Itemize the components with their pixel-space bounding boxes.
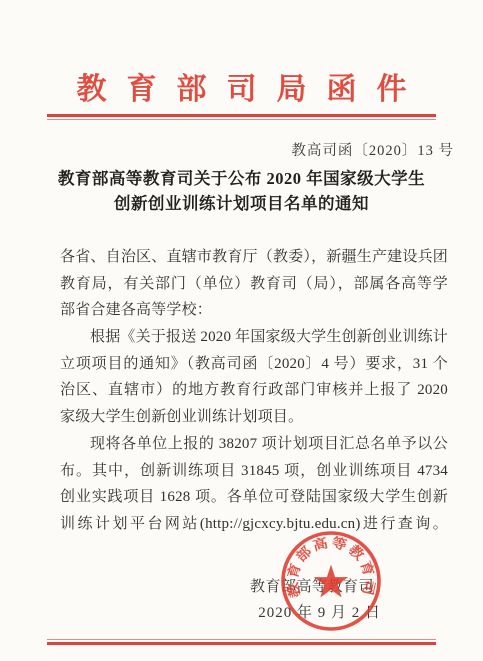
notice-body: 各省、自治区、直辖市教育厅（教委），新疆生产建设兵团 教育局，有关部门（单位）教… — [60, 244, 448, 538]
body-line: 教育局，有关部门（单位）教育司（局），部属各高等学校， — [60, 271, 448, 298]
seal-star-icon — [314, 565, 349, 598]
letterhead-rule — [47, 114, 436, 120]
body-line: 家级大学生创新创业训练计划项目。 — [60, 404, 448, 431]
body-line: 部省合建各高等学校： — [60, 297, 448, 324]
body-line: 治区、直辖市）的地方教育行政部门审核并上报了 2020 年国 — [60, 377, 448, 404]
body-line: 现将各单位上报的 38207 项计划项目汇总名单予以公 — [60, 431, 448, 458]
document-page: 教育部司局函件 教高司函〔2020〕13 号 教育部高等教育司关于公布 2020… — [0, 0, 483, 661]
notice-title-line2: 创新创业训练计划项目名单的通知 — [0, 192, 483, 217]
document-number: 教高司函〔2020〕13 号 — [291, 139, 454, 160]
rule-thin — [47, 119, 436, 120]
body-line: 布。其中，创新训练项目 31845 项，创业训练项目 4734 项， — [60, 458, 448, 485]
official-seal: 教育部高等教育司 — [279, 529, 383, 633]
notice-title-line1: 教育部高等教育司关于公布 2020 年国家级大学生 — [0, 167, 483, 192]
body-line: 创业实践项目 1628 项。各单位可登陆国家级大学生创新创业 — [60, 484, 448, 511]
body-line: 立项项目的通知》（教高司函〔2020〕4 号）要求，31 个省（自 — [60, 351, 448, 378]
body-line: 根据《关于报送 2020 年国家级大学生创新创业训练计划 — [60, 324, 448, 351]
body-line: 各省、自治区、直辖市教育厅（教委），新疆生产建设兵团 — [60, 244, 448, 271]
footer-rule — [47, 639, 436, 645]
body-line: 训练计划平台网站(http://gjcxcy.bjtu.edu.cn)进行查询。 — [60, 511, 448, 538]
letterhead-title: 教育部司局函件 — [0, 64, 483, 108]
notice-title: 教育部高等教育司关于公布 2020 年国家级大学生 创新创业训练计划项目名单的通… — [0, 167, 483, 216]
rule-thick — [47, 642, 436, 645]
